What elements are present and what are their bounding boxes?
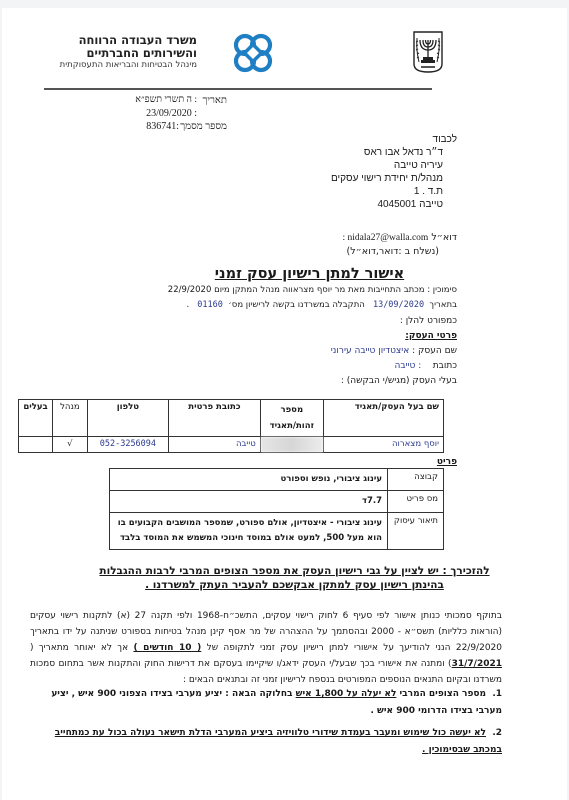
business-section-title: פרטי העסק: [331,329,457,344]
paragraph-part3: ) ומתנה את אישורי בכך שבעל/י העסק ידאג/ו… [30,659,502,685]
ministry-name-line2: והשירותים החברתיים [60,47,197,60]
ministry-header: משרד העבודה הרווחה והשירותים החברתיים מי… [60,34,197,71]
phone-cell: 052-3256094 [87,437,168,453]
paragraph-part2: אך לא יאוחר מתאריך ( [30,643,128,653]
id-number-cell-redacted: (מוסתר) [260,437,323,453]
request-middle: התקבלה במשרדנו בקשה לרישיון מס׳ [228,300,365,310]
document-title: אישור למתן רישיון עסק זמני [2,266,567,282]
reminder-line2: בהינתן רישיון עסק למתקן אבקשכם להעביר הע… [22,578,567,592]
perit-key-group: קבוצה [388,469,444,491]
gregorian-date: 23/09/2020 : [146,107,197,120]
private-address-cell: טייבה [169,437,261,453]
addressee-city: טייבה 4045001 [331,198,457,211]
manager-check-cell: √ [53,437,88,453]
approval-until-date: 31/7/2021 [452,659,502,669]
perit-value-group: עינוג ציבורי, נופש וספורט [110,469,388,491]
to-label: לכבוד [331,133,457,146]
perit-table: קבוצה עינוג ציבורי, נופש וספורט מס פריט … [109,468,444,550]
condition-2: 2.לא יעשה כול שימוש ומעבר בעמדת שידורי ט… [30,725,502,759]
col-owner: בעלים [19,400,53,437]
perit-value-description: עינוג ציבורי - איצטדיון, אולם ספורט, שמס… [110,513,388,550]
col-phone: טלפון [87,400,168,437]
doc-number-label: מספר מסמך [180,120,227,133]
table-row: מס פריט 7.7ד [110,491,444,513]
condition-number: 1. [486,686,502,703]
request-line: בתאריך 13/09/2020 התקבלה במשרדנו בקשה לר… [186,300,457,310]
condition-1: 1.מספר הצופים המרבי לא יעלה על 1,800 איש… [30,686,502,720]
details-intro: כמפורט להלן : [331,314,457,329]
business-name: איצטדיון טייבה עירוני [331,346,410,356]
license-number: 01160 [197,300,223,310]
perit-value-number: 7.7ד [110,491,388,513]
perit-key-description: תיאור עיסוק [388,513,444,550]
reference-label: סימוכין : [425,285,458,295]
owners-table-header: שם בעל העסק/תאגיד מספר זהות/תאגיד כתובת … [19,400,444,437]
col-private-address: כתובת פרטית [169,400,261,437]
perit-label: פריט [437,457,457,467]
perit-key-number: מס פריט [388,491,444,513]
state-emblem-icon [412,30,444,74]
email-address[interactable]: : nidala27@walla.com [343,233,429,243]
addressee-org: עיריה טייבה [331,159,457,172]
owner-check-cell [19,437,53,453]
email-block: דוא״ל : nidala27@walla.com (נשלח ב :דואר… [343,231,457,258]
table-row: קבוצה עינוג ציבורי, נופש וספורט [110,469,444,491]
addressee-name: ד״ר נדאל אבו ראס [331,146,457,159]
table-row: יוסף מצארוה (מוסתר) טייבה 052-3256094 √ [19,437,444,453]
reference-text: מכתב התחייבות מאת מר יוסף מצראווה מנהל ה… [168,285,425,295]
hebrew-date: : ה תשרי תשפ״א [135,94,197,107]
condition-underlined: לא יעשה כול שימוש ומעבר בעמדת שידורי טלו… [55,728,502,755]
col-id-number: מספר זהות/תאגיד [260,400,323,437]
col-owner-name: שם בעל העסק/תאגיד [323,400,443,437]
email-label: דוא״ל [431,232,457,243]
owner-name-cell: יוסף מצארוה [323,437,443,453]
col-manager: מנהל [53,400,88,437]
reference-line: סימוכין : מכתב התחייבות מאת מר יוסף מצרא… [168,285,457,295]
ministry-division: מינהל הבטיחות והבריאות התעסוקתית [60,60,197,71]
business-details: כמפורט להלן : פרטי העסק: שם העסק : איצטד… [331,314,457,389]
condition-underlined: לא יעלה על 1,800 איש [296,689,397,699]
reminder-note: להזכירך : יש לציין על גבי רישיון העסק את… [22,564,567,592]
request-suffix: . [186,300,189,310]
approval-period: ( 10 חודשים ) [133,643,201,653]
addressee-block: לכבוד ד״ר נדאל אבו ראס עיריה טייבה מנהל/… [331,133,457,211]
condition-number: 2. [486,725,502,742]
addressee-role: מנהל/ת יחידת רישוי עסקים [331,172,457,185]
condition-pre: מספר הצופים המרבי [396,689,486,699]
table-row: תיאור עיסוק עינוג ציבורי - איצטדיון, אול… [110,513,444,550]
request-date: 13/09/2020 [373,300,424,310]
owners-table: שם בעל העסק/תאגיד מספר זהות/תאגיד כתובת … [18,399,444,453]
date-label: תאריך [202,94,227,107]
approval-paragraph: בתוקף סמכותי כנותן אישור לפי סעיף 6 לחוק… [30,608,502,688]
sent-via: (נשלח ב :דואר,דוא״ל) [343,245,457,258]
doc-number: 836741: [146,120,179,133]
addressee-pobox: ת.ד . 1 [331,185,457,198]
reminder-line1: להזכירך : יש לציין על גבי רישיון העסק את… [22,564,567,578]
header-divider [44,88,432,90]
business-address: : טייבה [394,361,421,371]
request-prefix: בתאריך [430,300,457,310]
ministry-knot-logo-icon [230,30,276,76]
business-address-label: כתובת [433,361,457,371]
document-page: משרד העבודה הרווחה והשירותים החברתיים מי… [2,8,567,800]
business-name-label: שם העסק : [409,346,457,356]
owners-label: בעלי העסק (מגיש/י הבקשה) : [331,374,457,389]
